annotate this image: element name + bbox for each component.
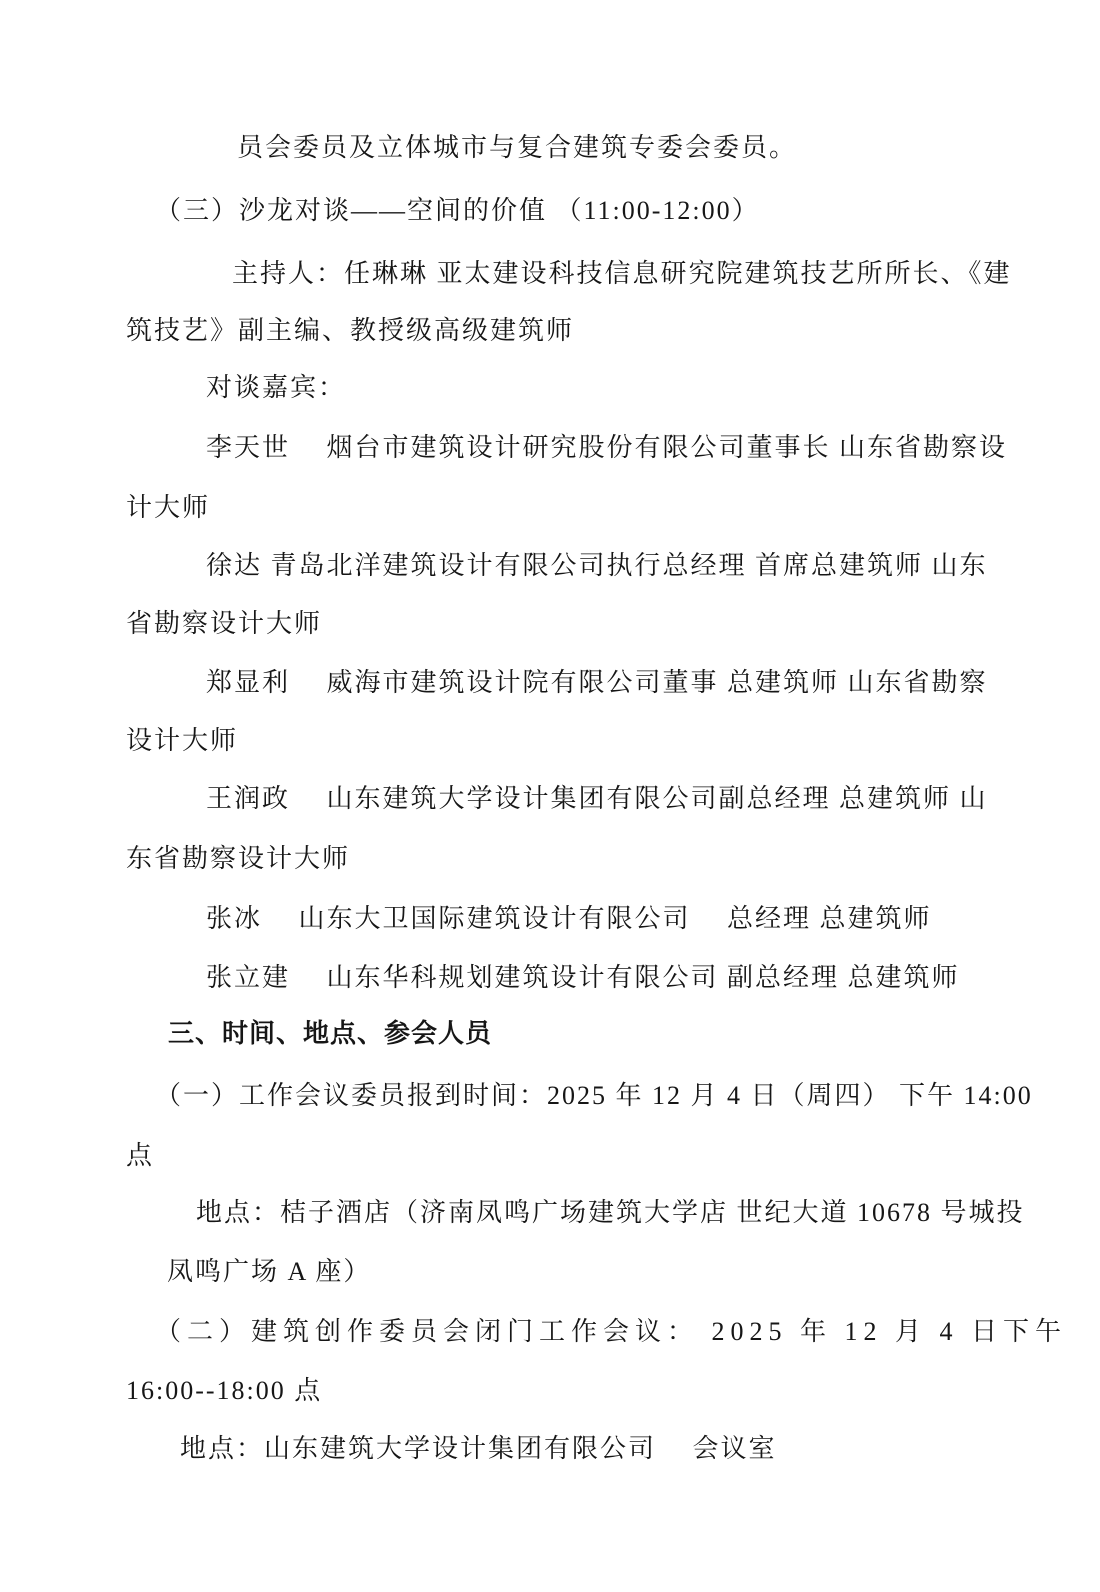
- line-guest-li-tianshi: 李天世 烟台市建筑设计研究股份有限公司董事长 山东省勘察设: [206, 432, 1007, 464]
- line-guest-zheng-xianli: 郑显利 威海市建筑设计院有限公司董事 总建筑师 山东省勘察: [206, 667, 988, 699]
- line-guest-zhang-lijian: 张立建 山东华科规划建筑设计有限公司 副总经理 总建筑师: [206, 962, 960, 994]
- line-guests-label: 对谈嘉宾：: [206, 372, 346, 404]
- line-guest-xu-da: 徐达 青岛北洋建筑设计有限公司执行总经理 首席总建筑师 山东: [206, 550, 988, 582]
- document-page: 员会委员及立体城市与复合建筑专委会委员。 （三）沙龙对谈——空间的价值 （11:…: [0, 0, 1100, 1592]
- line-committee-membership: 员会委员及立体城市与复合建筑专委会委员。: [237, 132, 797, 164]
- line-hotel-continuation: 凤鸣广场 A 座）: [167, 1256, 371, 1288]
- line-registration-time: （一）工作会议委员报到时间：2025 年 12 月 4 日（周四） 下午 14:…: [155, 1080, 1033, 1112]
- line-guest-li-continuation: 计大师: [126, 492, 210, 524]
- line-guest-wang-continuation: 东省勘察设计大师: [126, 843, 350, 875]
- line-guest-zhang-bing: 张冰 山东大卫国际建筑设计有限公司 总经理 总建筑师: [206, 903, 932, 935]
- line-hotel-location: 地点：桔子酒店（济南凤鸣广场建筑大学店 世纪大道 10678 号城投: [196, 1197, 1025, 1229]
- line-guest-zheng-continuation: 设计大师: [126, 725, 238, 757]
- line-meeting-room-location: 地点：山东建筑大学设计集团有限公司 会议室: [180, 1433, 777, 1465]
- heading-salon-dialogue: （三）沙龙对谈——空间的价值 （11:00-12:00）: [155, 195, 760, 227]
- line-registration-continuation: 点: [126, 1140, 154, 1172]
- line-closed-meeting: （二）建筑创作委员会闭门工作会议： 2025 年 12 月 4 日下午: [155, 1316, 1067, 1348]
- line-closed-meeting-time: 16:00--18:00 点: [126, 1375, 322, 1407]
- line-host: 主持人：任琳琳 亚太建设科技信息研究院建筑技艺所所长、《建: [232, 258, 1012, 290]
- heading-section-three: 三、时间、地点、参会人员: [168, 1018, 492, 1050]
- line-guest-xu-continuation: 省勘察设计大师: [126, 608, 322, 640]
- line-host-continuation: 筑技艺》副主编、教授级高级建筑师: [126, 315, 574, 347]
- line-guest-wang-runzheng: 王润政 山东建筑大学设计集团有限公司副总经理 总建筑师 山: [206, 783, 988, 815]
